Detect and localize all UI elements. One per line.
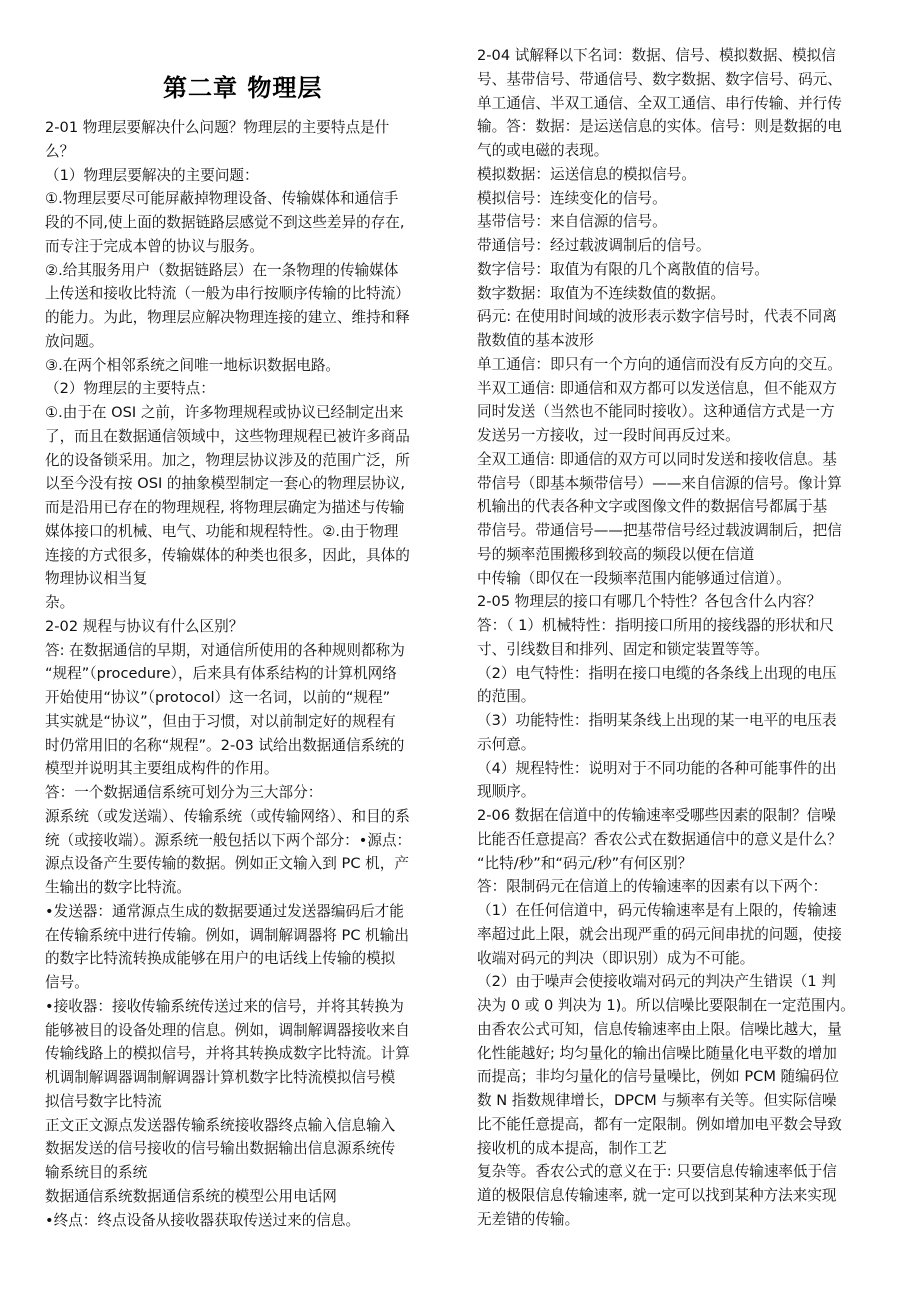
text-line: 生输出的数字比特流。 bbox=[45, 876, 455, 900]
text-line: 气的或电磁的表现。 bbox=[477, 139, 897, 163]
text-line: 2-01 物理层要解决什么问题？物理层的主要特点是什 bbox=[45, 116, 455, 140]
text-line: 输。答：数据：是运送信息的实体。信号：则是数据的电 bbox=[477, 115, 897, 139]
text-line: 示何意。 bbox=[477, 733, 897, 757]
text-line: 化的设备锁采用。加之，物理层协议涉及的范围广泛，所 bbox=[45, 449, 455, 473]
text-line: 数 N 指数规律增长，DPCM 与频率有关等。但实际信噪 bbox=[477, 1089, 897, 1113]
text-line: 号的频率范围搬移到较高的频段以便在信道 bbox=[477, 543, 897, 567]
text-line: 物理协议相当复 bbox=[45, 567, 455, 591]
text-line: ②.给其服务用户（数据链路层）在一条物理的传输媒体 bbox=[45, 259, 455, 283]
text-line: 开始使用“协议”（protocol）这一名词，以前的“规程” bbox=[45, 686, 455, 710]
text-line: 比不能任意提高，都有一定限制。例如增加电平数会导致 bbox=[477, 1113, 897, 1137]
text-line: 能够被目的设备处理的信息。例如，调制解调器接收来自 bbox=[45, 1019, 455, 1043]
text-line: 而是沿用已存在的物理规程, 将物理层确定为描述与传输 bbox=[45, 496, 455, 520]
text-line: 码元: 在使用时间域的波形表示数字信号时，代表不同离 bbox=[477, 305, 897, 329]
text-line: ①.由于在 OSI 之前，许多物理规程或协议已经制定出来 bbox=[45, 401, 455, 425]
text-line: “规程”（procedure），后来具有体系结构的计算机网络 bbox=[45, 662, 455, 686]
text-line: 复杂等。香农公式的意义在于: 只要信息传输速率低于信 bbox=[477, 1160, 897, 1184]
text-line: •发送器：通常源点生成的数据要通过发送器编码后才能 bbox=[45, 900, 455, 924]
text-line: 单工通信：即只有一个方向的通信而没有反方向的交互。 bbox=[477, 353, 897, 377]
text-line: 数字数据：取值为不连续数值的数据。 bbox=[477, 282, 897, 306]
text-line: 由香农公式可知，信息传输速率由上限。信噪比越大，量 bbox=[477, 1018, 897, 1042]
text-line: 2-02 规程与协议有什么区别？ bbox=[45, 615, 455, 639]
text-line: “比特/秒”和“码元/秒”有何区别？ bbox=[477, 852, 897, 876]
text-line: （2）由于噪声会使接收端对码元的判决产生错误（1 判 bbox=[477, 970, 897, 994]
text-line: 上传送和接收比特流（一般为串行按顺序传输的比特流） bbox=[45, 282, 455, 306]
text-line: 数字信号：取值为有限的几个离散值的信号。 bbox=[477, 258, 897, 282]
text-line: 正文正文源点发送器传输系统接收器终点输入信息输入 bbox=[45, 1114, 455, 1138]
text-line: 在传输系统中进行传输。例如，调制解调器将 PC 机输出 bbox=[45, 924, 455, 948]
text-line: 基带信号：来自信源的信号。 bbox=[477, 210, 897, 234]
text-line: ①.物理层要尽可能屏蔽掉物理设备、传输媒体和通信手 bbox=[45, 187, 455, 211]
text-line: 答: 在数据通信的早期，对通信所使用的各种规则都称为 bbox=[45, 639, 455, 663]
text-line: 率超过此上限，就会出现严重的码元间串扰的问题，使接 bbox=[477, 923, 897, 947]
text-line: 比能否任意提高？香农公式在数据通信中的意义是什么？ bbox=[477, 828, 897, 852]
text-line: •终点：终点设备从接收器获取传送过来的信息。 bbox=[45, 1209, 455, 1233]
text-line: 号、基带信号、带通信号、数字数据、数字信号、码元、 bbox=[477, 68, 897, 92]
text-line: （1）物理层要解决的主要问题： bbox=[45, 164, 455, 188]
text-line: 媒体接口的机械、电气、功能和规程特性。②.由于物理 bbox=[45, 520, 455, 544]
text-line: 源系统（或发送端）、传输系统（或传输网络）、和目的系 bbox=[45, 805, 455, 829]
text-line: 放问题。 bbox=[45, 330, 455, 354]
text-line: 模型并说明其主要组成构件的作用。 bbox=[45, 757, 455, 781]
text-line: 了，而且在数据通信领域中，这些物理规程已被许多商品 bbox=[45, 425, 455, 449]
text-line: 统（或接收端）。源系统一般包括以下两个部分：•源点： bbox=[45, 829, 455, 853]
text-line: 全双工通信: 即通信的双方可以同时发送和接收信息。基 bbox=[477, 448, 897, 472]
text-line: 2-05 物理层的接口有哪几个特性？各包含什么内容？ bbox=[477, 590, 897, 614]
text-line: 机输出的代表各种文字或图像文件的数据信号都属于基 bbox=[477, 495, 897, 519]
text-line: 无差错的传输。 bbox=[477, 1208, 897, 1232]
text-line: 数据通信系统数据通信系统的模型公用电话网 bbox=[45, 1185, 455, 1209]
text-line: 中传输（即仅在一段频率范围内能够通过信道）。 bbox=[477, 567, 897, 591]
left-column: 2-01 物理层要解决什么问题？物理层的主要特点是什么？（1）物理层要解决的主要… bbox=[45, 116, 455, 1232]
text-line: 带信号。带通信号——把基带信号经过载波调制后，把信 bbox=[477, 519, 897, 543]
text-line: 接收机的成本提高，制作工艺 bbox=[477, 1137, 897, 1161]
text-line: 以至今没有按 OSI 的抽象模型制定一套心的物理层协议, bbox=[45, 472, 455, 496]
text-line: 拟信号数字比特流 bbox=[45, 1090, 455, 1114]
text-line: 机调制解调器调制解调器计算机数字比特流模拟信号模 bbox=[45, 1066, 455, 1090]
text-line: 么？ bbox=[45, 140, 455, 164]
text-line: 传输线路上的模拟信号，并将其转换成数字比特流。计算 bbox=[45, 1042, 455, 1066]
text-line: 答：一个数据通信系统可划分为三大部分： bbox=[45, 781, 455, 805]
text-line: 决为 0 或 0 判决为 1)。所以信噪比要限制在一定范围内。 bbox=[477, 994, 897, 1018]
chapter-title: 第二章 物理层 bbox=[163, 72, 322, 104]
text-line: 2-06 数据在信道中的传输速率受哪些因素的限制？信噪 bbox=[477, 804, 897, 828]
text-line: 杂。 bbox=[45, 591, 455, 615]
text-line: 的数字比特流转换成能够在用户的电话线上传输的模拟 bbox=[45, 947, 455, 971]
text-line: 2-04 试解释以下名词：数据、信号、模拟数据、模拟信 bbox=[477, 44, 897, 68]
text-line: （1）在任何信道中，码元传输速率是有上限的，传输速 bbox=[477, 899, 897, 923]
text-line: 同时发送（当然也不能同时接收）。这种通信方式是一方 bbox=[477, 400, 897, 424]
text-line: ③.在两个相邻系统之间唯一地标识数据电路。 bbox=[45, 354, 455, 378]
text-line: 源点设备产生要传输的数据。例如正文输入到 PC 机，产 bbox=[45, 852, 455, 876]
text-line: 而专注于完成本曾的协议与服务。 bbox=[45, 235, 455, 259]
text-line: 答：（ 1）机械特性：指明接口所用的接线器的形状和尺 bbox=[477, 614, 897, 638]
text-line: 单工通信、半双工通信、全双工通信、串行传输、并行传 bbox=[477, 92, 897, 116]
text-line: 散数值的基本波形 bbox=[477, 329, 897, 353]
text-line: 答：限制码元在信道上的传输速率的因素有以下两个： bbox=[477, 875, 897, 899]
text-line: 数据发送的信号接收的信号输出数据输出信息源系统传 bbox=[45, 1137, 455, 1161]
text-line: 化性能越好; 均匀量化的输出信噪比随量化电平数的增加 bbox=[477, 1042, 897, 1066]
text-line: 道的极限信息传输速率, 就一定可以找到某种方法来实现 bbox=[477, 1184, 897, 1208]
text-line: （4）规程特性：说明对于不同功能的各种可能事件的出 bbox=[477, 757, 897, 781]
text-line: 而提高；非均匀量化的信号量噪比，例如 PCM 随编码位 bbox=[477, 1065, 897, 1089]
text-line: 信号。 bbox=[45, 971, 455, 995]
text-line: 模拟信号：连续变化的信号。 bbox=[477, 187, 897, 211]
right-column: 2-04 试解释以下名词：数据、信号、模拟数据、模拟信号、基带信号、带通信号、数… bbox=[477, 44, 897, 1232]
text-line: 现顺序。 bbox=[477, 780, 897, 804]
text-line: 收端对码元的判决（即识别）成为不可能。 bbox=[477, 947, 897, 971]
text-line: 段的不同,使上面的数据链路层感觉不到这些差异的存在, bbox=[45, 211, 455, 235]
text-line: （2）电气特性：指明在接口电缆的各条线上出现的电压 bbox=[477, 662, 897, 686]
text-line: （2）物理层的主要特点： bbox=[45, 377, 455, 401]
text-line: 其实就是“协议”，但由于习惯，对以前制定好的规程有 bbox=[45, 710, 455, 734]
text-line: 的能力。为此，物理层应解决物理连接的建立、维持和释 bbox=[45, 306, 455, 330]
text-line: 输系统目的系统 bbox=[45, 1161, 455, 1185]
text-line: 模拟数据：运送信息的模拟信号。 bbox=[477, 163, 897, 187]
text-line: 发送另一方接收，过一段时间再反过来。 bbox=[477, 424, 897, 448]
text-line: 带通信号：经过载波调制后的信号。 bbox=[477, 234, 897, 258]
text-line: （3）功能特性：指明某条线上出现的某一电平的电压表 bbox=[477, 709, 897, 733]
text-line: 的范围。 bbox=[477, 685, 897, 709]
text-line: 带信号（即基本频带信号）——来自信源的信号。像计算 bbox=[477, 472, 897, 496]
text-line: 寸、引线数目和排列、固定和锁定装置等等。 bbox=[477, 638, 897, 662]
document-page: 第二章 物理层 2-01 物理层要解决什么问题？物理层的主要特点是什么？（1）物… bbox=[0, 0, 920, 1302]
text-line: •接收器：接收传输系统传送过来的信号，并将其转换为 bbox=[45, 995, 455, 1019]
text-line: 连接的方式很多，传输媒体的种类也很多，因此，具体的 bbox=[45, 544, 455, 568]
text-line: 时仍常用旧的名称“规程”。2-03 试给出数据通信系统的 bbox=[45, 734, 455, 758]
text-line: 半双工通信: 即通信和双方都可以发送信息，但不能双方 bbox=[477, 377, 897, 401]
